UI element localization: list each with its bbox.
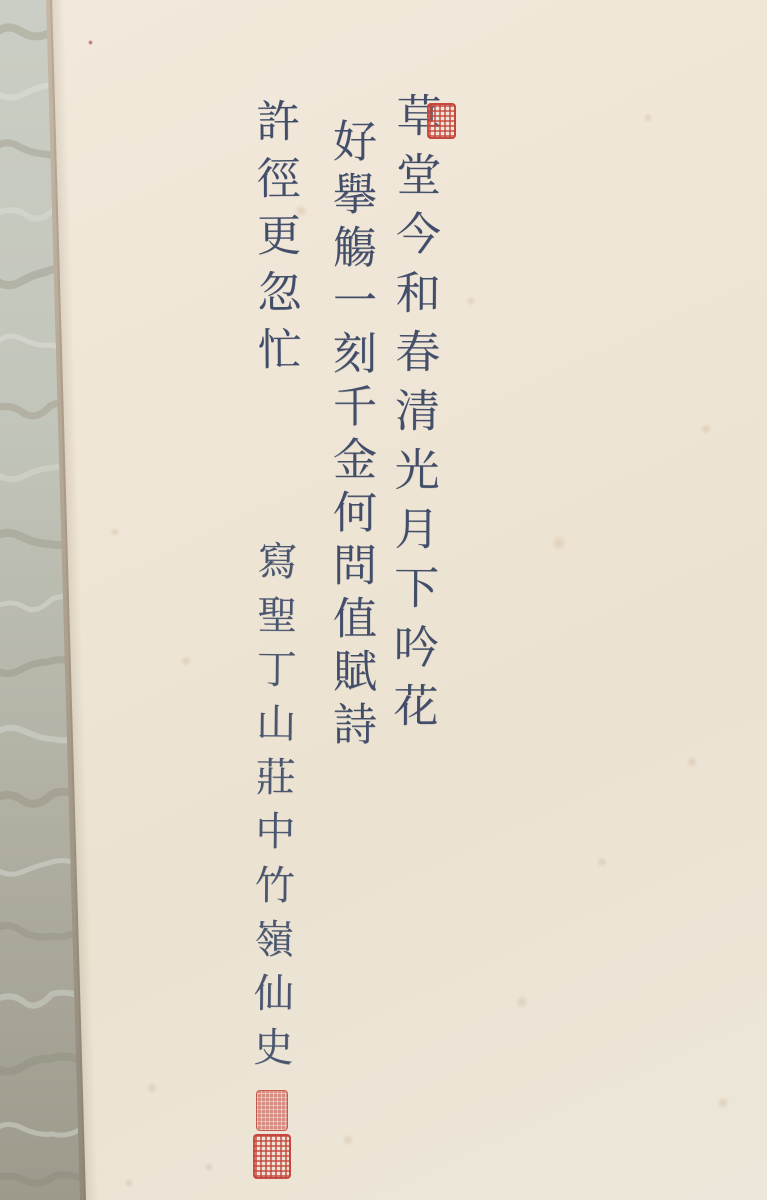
- foxing-spot: [466, 296, 476, 306]
- scroll-photograph: 草堂今和春清光月下吟花 好擧觴一刻千金何問值賦詩 許徑更忽忙 寫聖丁山莊中竹嶺仙…: [0, 0, 767, 1200]
- artist-seal-top-icon: [427, 103, 456, 139]
- signature-seal-lower-icon: [253, 1134, 291, 1179]
- foxing-spot: [700, 423, 712, 435]
- foxing-spot: [643, 113, 653, 123]
- signature-column: 寫聖丁山莊中竹嶺仙史: [250, 540, 295, 1080]
- poem-column-1: 草堂今和春清光月下吟花: [389, 92, 437, 741]
- foxing-spot: [515, 995, 529, 1009]
- foxing-spot: [551, 535, 567, 551]
- foxing-spot: [716, 1096, 730, 1110]
- foxing-spot: [180, 655, 192, 667]
- foxing-spot: [342, 1134, 354, 1146]
- poem-column-3: 許徑更忽忙: [251, 98, 297, 383]
- foxing-spot: [596, 856, 608, 868]
- foxing-spot: [124, 1178, 134, 1188]
- foxing-spot: [110, 527, 120, 537]
- foxing-spot: [204, 1162, 214, 1172]
- red-fleck: [88, 40, 93, 45]
- signature-seal-upper-icon: [256, 1090, 288, 1131]
- foxing-spot: [146, 1082, 158, 1094]
- poem-column-2: 好擧觴一刻千金何問值賦詩: [328, 118, 372, 754]
- foxing-spot: [686, 756, 698, 768]
